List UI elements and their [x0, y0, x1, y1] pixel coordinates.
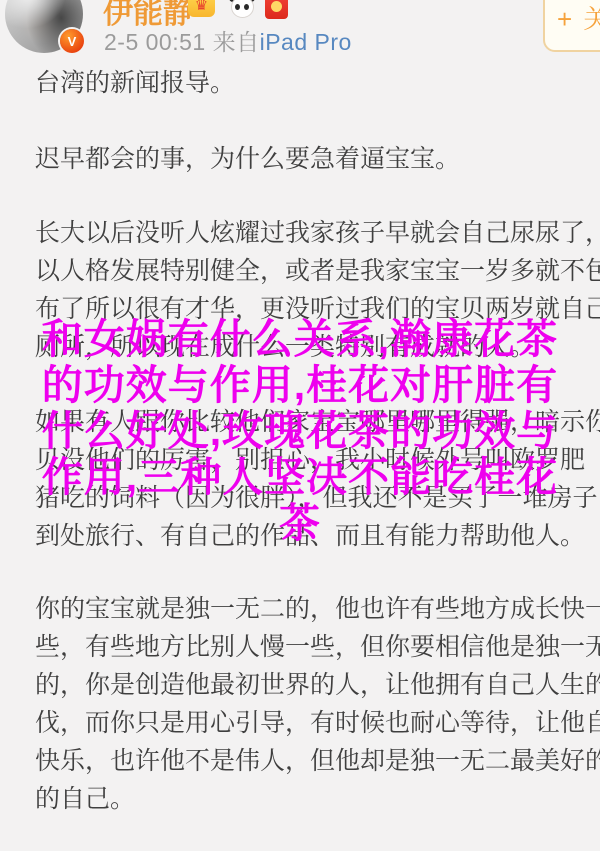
red-envelope-icon: [265, 0, 288, 19]
text-line: 的，你是创造他最初世界的人，让他拥有自己人生的: [35, 666, 600, 704]
weibo-post: V 伊能静 ♛ 2-5 00:51 来自iPad Pro + 关注 台湾的新闻报…: [0, 0, 600, 851]
text-line: 和女娲有什么关系,瀚康花茶: [0, 316, 600, 362]
vip-crown-icon: ♛: [188, 0, 215, 17]
panda-icon: [228, 0, 256, 17]
text-line: 快乐，也许他不是伟人，但他却是独一无二最美好的: [35, 742, 600, 780]
paragraph: 台湾的新闻报导。: [35, 64, 600, 102]
text-line: 台湾的新闻报导。: [35, 64, 600, 102]
text-line: 以人格发展特别健全，或者是我家宝宝一岁多就不包: [35, 252, 600, 290]
text-line: 伐，而你只是用心引导，有时候也耐心等待，让他自: [35, 704, 600, 742]
source-prefix: 来自: [213, 29, 260, 55]
verified-v-icon: V: [60, 29, 84, 53]
text-line: 的功效与作用,桂花对肝脏有: [0, 362, 600, 408]
overlay-title: 和女娲有什么关系,瀚康花茶的功效与作用,桂花对肝脏有什么好处,玫瑰花茶的功效与作…: [0, 316, 600, 546]
text-line: 些，有些地方比别人慢一些，但你要相信他是独一无: [35, 628, 600, 666]
text-line: 长大以后没听人炫耀过我家孩子早就会自己尿尿了，: [35, 214, 600, 252]
text-line: 你的宝宝就是独一无二的，他也许有些地方成长快一: [35, 590, 600, 628]
paragraph: 迟早都会的事，为什么要急着逼宝宝。: [35, 140, 600, 178]
text-line: 什么好处,玫瑰花茶的功效与: [0, 408, 600, 454]
post-meta: 2-5 00:51 来自iPad Pro: [104, 24, 352, 57]
source-link[interactable]: iPad Pro: [260, 29, 352, 55]
post-time: 2-5 00:51: [104, 29, 206, 55]
text-line: 的自己。: [35, 780, 600, 818]
text-line: 作用,三种人坚决不能吃桂花: [0, 454, 600, 500]
text-line: 茶: [0, 500, 600, 546]
follow-button[interactable]: + 关注: [543, 0, 600, 52]
text-line: 迟早都会的事，为什么要急着逼宝宝。: [35, 140, 600, 178]
paragraph: 你的宝宝就是独一无二的，他也许有些地方成长快一些，有些地方比别人慢一些，但你要相…: [35, 590, 600, 818]
